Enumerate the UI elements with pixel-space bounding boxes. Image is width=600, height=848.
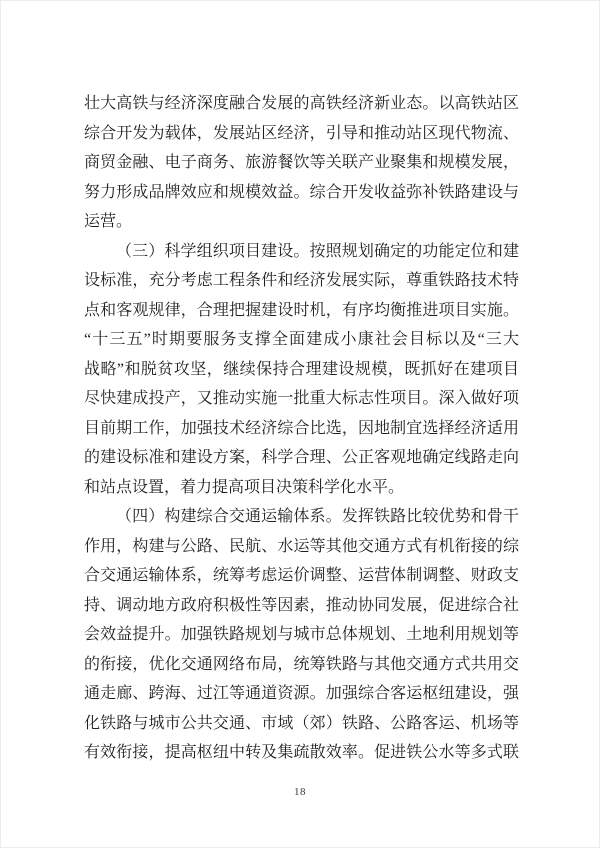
page-footer: 18 — [1, 782, 599, 800]
text-line: “十三五”时期要服务支撑全面建成小康社会目标以及“三大 — [84, 325, 519, 355]
text-line: 运营。 — [84, 207, 519, 237]
text-line: 设标准，充分考虑工程条件和经济发展实际，尊重铁路技术特 — [84, 266, 519, 296]
text-line: 战略”和脱贫攻坚，继续保持合理建设规模，既抓好在建项目 — [84, 355, 519, 385]
text-line: 的建设标准和建设方案，科学合理、公正客观地确定线路走向 — [84, 443, 519, 473]
document-text: 壮大高铁与经济深度融合发展的高铁经济新业态。以高铁站区 综合开发为载体，发展站区… — [84, 89, 519, 768]
text-line: 壮大高铁与经济深度融合发展的高铁经济新业态。以高铁站区 — [84, 89, 519, 119]
text-line: 有效衔接，提高枢纽中转及集疏散效率。促进铁公水等多式联 — [84, 738, 519, 768]
text-line: 尽快建成投产，又推动实施一批重大标志性项目。深入做好项 — [84, 384, 519, 414]
text-line: 商贸金融、电子商务、旅游餐饮等关联产业聚集和规模发展， — [84, 148, 519, 178]
text-line: 点和客观规律，合理把握建设时机，有序均衡推进项目实施。 — [84, 296, 519, 326]
document-page: 壮大高铁与经济深度融合发展的高铁经济新业态。以高铁站区 综合开发为载体，发展站区… — [0, 0, 600, 848]
paragraph-continuation: 壮大高铁与经济深度融合发展的高铁经济新业态。以高铁站区 综合开发为载体，发展站区… — [84, 89, 519, 237]
text-line: 努力形成品牌效应和规模效益。综合开发收益弥补铁路建设与 — [84, 178, 519, 208]
text-line: 会效益提升。加强铁路规划与城市总体规划、土地利用规划等 — [84, 620, 519, 650]
text-line: 综合开发为载体，发展站区经济，引导和推动站区现代物流、 — [84, 119, 519, 149]
text-line: 持、调动地方政府积极性等因素，推动协同发展，促进综合社 — [84, 591, 519, 621]
text-line: （四）构建综合交通运输体系。发挥铁路比较优势和骨干 — [84, 502, 519, 532]
text-line: 作用，构建与公路、民航、水运等其他交通方式有机衔接的综 — [84, 532, 519, 562]
text-line: 合交通运输体系，统筹考虑运价调整、运营体制调整、财政支 — [84, 561, 519, 591]
text-line: （三）科学组织项目建设。按照规划确定的功能定位和建 — [84, 237, 519, 267]
paragraph-section-3: （三）科学组织项目建设。按照规划确定的功能定位和建 设标准，充分考虑工程条件和经… — [84, 237, 519, 503]
page-number: 18 — [294, 786, 306, 798]
text-line: 的衔接，优化交通网络布局，统筹铁路与其他交通方式共用交 — [84, 650, 519, 680]
text-line: 目前期工作，加强技术经济综合比选，因地制宜选择经济适用 — [84, 414, 519, 444]
paragraph-section-4: （四）构建综合交通运输体系。发挥铁路比较优势和骨干 作用，构建与公路、民航、水运… — [84, 502, 519, 768]
text-line: 化铁路与城市公共交通、市域（郊）铁路、公路客运、机场等 — [84, 709, 519, 739]
text-line: 通走廊、跨海、过江等通道资源。加强综合客运枢纽建设，强 — [84, 679, 519, 709]
text-line: 和站点设置，着力提高项目决策科学化水平。 — [84, 473, 519, 503]
